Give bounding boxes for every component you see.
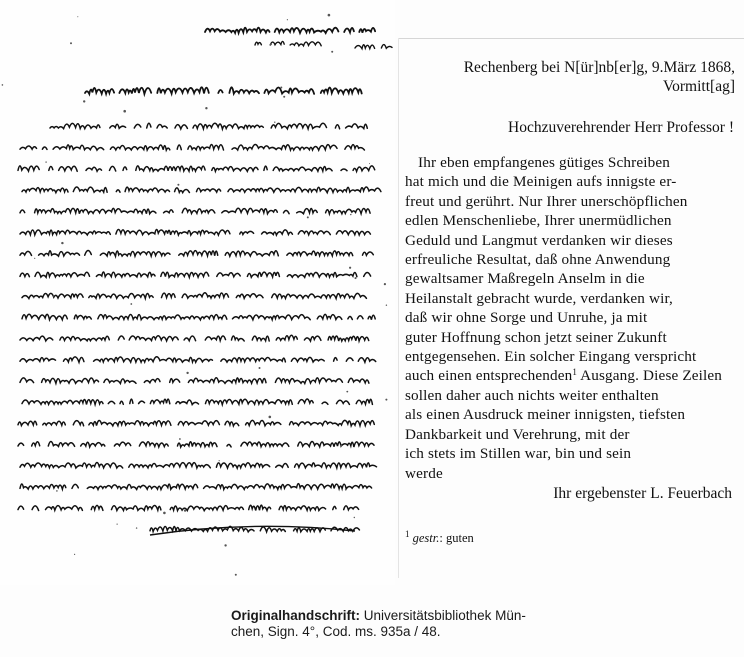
scan-speckle (349, 267, 351, 269)
handwriting-stroke (18, 442, 383, 447)
scan-speckle (53, 296, 54, 297)
letter-line: als einen Ausdruck meiner innigsten, tie… (405, 405, 744, 424)
handwriting-stroke (20, 208, 370, 214)
handwriting-stroke (85, 87, 369, 94)
scan-speckle (117, 524, 118, 525)
handwriting-stroke (20, 272, 371, 277)
footnote: 1 gestr.: guten (405, 531, 474, 546)
scan-speckle (307, 216, 309, 218)
handwriting-stroke (205, 28, 375, 33)
scan-speckle (123, 110, 126, 113)
place-date-line: Vormitt[ag] (464, 77, 735, 96)
scan-speckle (386, 305, 387, 306)
letter-line: freut und gerührt. Nur Ihrer unerschöpfl… (405, 192, 744, 211)
scan-speckle (355, 277, 357, 279)
letter-body: Ihr eben empfangenes gütiges Schreibenha… (405, 153, 744, 483)
handwriting-stroke (22, 314, 375, 320)
handwriting-stroke (20, 357, 376, 362)
handwriting-stroke (18, 166, 375, 172)
scan-speckle (280, 87, 282, 89)
scan-speckle (385, 399, 387, 401)
handwriting-stroke (20, 378, 369, 384)
scan-speckle (163, 512, 166, 515)
handwriting-stroke (18, 505, 359, 510)
scan-speckle (340, 445, 342, 447)
scan-speckle (70, 42, 72, 44)
scan-speckle (83, 100, 85, 102)
scan-speckle (331, 51, 333, 53)
letter-line: gewaltsamer Maßregeln Anselm in die (405, 269, 744, 288)
scan-speckle (2, 84, 4, 86)
scan-speckle (219, 460, 220, 461)
scan-speckle (179, 438, 181, 440)
scan-speckle (61, 242, 63, 244)
scan-speckle (283, 96, 285, 98)
scan-speckle (384, 283, 386, 285)
handwriting-stroke (20, 144, 373, 150)
handwriting-stroke (20, 251, 373, 257)
letter-line: Ihr eben empfangenes gütiges Schreiben (405, 153, 744, 172)
footnote-label: gestr. (413, 531, 440, 545)
letter-line: werde (405, 464, 744, 483)
footnote-marker: 1 (405, 529, 410, 539)
handwriting-stroke (22, 187, 381, 193)
letter-line: auch einen entsprechenden1 Ausgang. Dies… (405, 366, 744, 385)
divider (398, 38, 399, 578)
place-date-line: Rechenberg bei N[ür]nb[er]g, 9.März 1868… (464, 58, 735, 77)
source-label: Originalhandschrift: (231, 608, 360, 623)
divider (398, 38, 744, 39)
footnote-reference: 1 (572, 367, 577, 377)
handwriting-stroke (22, 293, 366, 299)
scan-speckle (269, 416, 272, 419)
scan-speckle (56, 490, 58, 492)
handwriting-stroke (22, 399, 372, 405)
scan-speckle (354, 517, 355, 518)
scan-speckle (33, 297, 34, 298)
scan-speckle (186, 372, 188, 374)
source-text: chen, Sign. 4°, Cod. ms. 935a / 48. (231, 624, 441, 639)
scan-speckle (34, 258, 35, 259)
source-citation: Originalhandschrift: Universitätsbibliot… (231, 608, 561, 640)
handwriting-stroke (18, 420, 374, 425)
letter-line: edlen Menschenliebe, Ihrer unermüdlichen (405, 211, 744, 230)
footnote-separator: : (439, 531, 446, 545)
scan-speckle (346, 391, 348, 393)
scan-speckle (130, 303, 132, 305)
scan-speckle (45, 161, 46, 162)
scan-speckle (184, 509, 186, 511)
letter-line: Geduld und Langmut verdanken wir dieses (405, 231, 744, 250)
scan-speckle (205, 107, 207, 109)
letter-line: sollen daher auch nichts weiter enthalte… (405, 386, 744, 405)
handwritten-manuscript (0, 0, 395, 585)
scan-speckle (350, 214, 351, 215)
scan-speckle (369, 163, 370, 164)
signature: Ihr ergebenster L. Feuerbach (553, 485, 732, 503)
scan-speckle (274, 122, 275, 123)
scan-speckle (74, 554, 75, 555)
scan-speckle (287, 19, 288, 20)
place-date: Rechenberg bei N[ür]nb[er]g, 9.März 1868… (464, 58, 735, 96)
signature-flourish (150, 526, 355, 535)
handwriting-stroke (20, 484, 372, 490)
scan-speckle (270, 43, 272, 45)
letter-line: Dankbarkeit und Verehrung, mit der (405, 425, 744, 444)
source-text: Universitätsbibliothek Mün- (360, 608, 526, 623)
handwriting-stroke (20, 229, 370, 235)
letter-line: Heilanstalt gebracht wurde, verdanken wi… (405, 289, 744, 308)
handwriting-stroke (255, 41, 321, 45)
handwriting-image (0, 0, 395, 585)
handwriting-stroke (50, 123, 373, 129)
letter-line: entgegensehen. Ein solcher Eingang versp… (405, 347, 744, 366)
scan-speckle (235, 574, 237, 576)
letter-line: hat mich und die Meinigen aufs innigste … (405, 172, 744, 191)
scan-speckle (328, 14, 331, 17)
letter-line: daß wir ohne Sorge und Unruhe, ja mit (405, 308, 744, 327)
handwriting-stroke (355, 45, 392, 49)
scan-speckle (259, 367, 261, 369)
letter-line: erfreuliche Resultat, daß ohne Anwendung (405, 250, 744, 269)
letter-line: ich stets im Stillen war, bin und sein (405, 444, 744, 463)
transcription: Rechenberg bei N[ür]nb[er]g, 9.März 1868… (400, 40, 744, 585)
scan-speckle (224, 544, 226, 546)
scan-speckle (345, 489, 347, 491)
handwriting-stroke (20, 335, 378, 341)
footnote-text: guten (446, 531, 474, 545)
letter-line: guter Hoffnung schon jetzt seiner Zukunf… (405, 328, 744, 347)
handwriting-stroke (20, 462, 377, 468)
salutation: Hochzuverehrender Herr Professor ! (508, 119, 734, 137)
scan-speckle (77, 16, 78, 17)
scan-speckle (177, 184, 179, 186)
scan-speckle (136, 527, 137, 528)
